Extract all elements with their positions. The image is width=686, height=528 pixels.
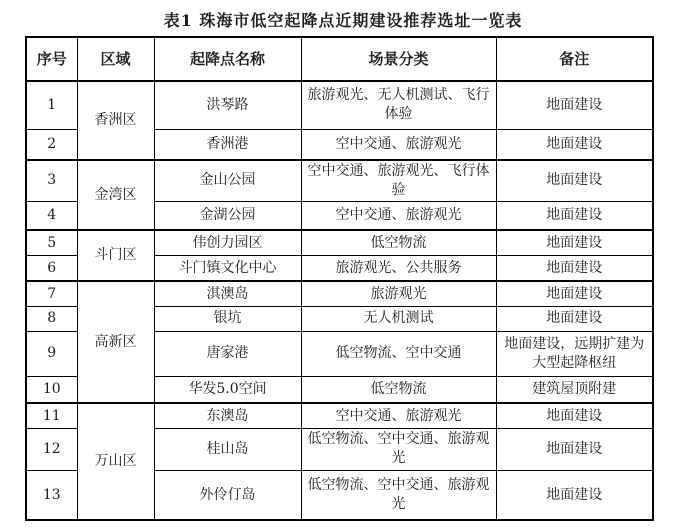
- cell-region: 香洲区: [77, 81, 154, 160]
- cell-name: 华发5.0空间: [154, 376, 301, 403]
- cell-name: 东澳岛: [154, 403, 301, 428]
- cell-name: 金湖公园: [154, 201, 301, 230]
- cell-scene: 空中交通、旅游观光: [301, 403, 496, 428]
- cell-no: 3: [26, 160, 77, 201]
- header-row: 序号 区域 起降点名称 场景分类 备注: [26, 37, 653, 81]
- cell-no: 5: [26, 230, 77, 255]
- cell-no: 7: [26, 281, 77, 306]
- cell-name: 香洲港: [154, 129, 301, 160]
- cell-note: 建筑屋顶附建: [496, 376, 653, 403]
- cell-note: 地面建设: [496, 306, 653, 331]
- table-row: 3 金湾区 金山公园 空中交通、旅游观光、飞行体验 地面建设: [26, 160, 653, 201]
- cell-name: 淇澳岛: [154, 281, 301, 306]
- header-note: 备注: [496, 37, 653, 81]
- cell-scene: 空中交通、旅游观光、飞行体验: [301, 160, 496, 201]
- cell-no: 12: [26, 428, 77, 470]
- header-scene: 场景分类: [301, 37, 496, 81]
- cell-name: 银坑: [154, 306, 301, 331]
- table-row: 1 香洲区 洪琴路 旅游观光、无人机测试、飞行体验 地面建设: [26, 81, 653, 129]
- cell-scene: 旅游观光、公共服务: [301, 255, 496, 281]
- cell-name: 外伶仃岛: [154, 470, 301, 520]
- cell-note: 地面建设: [496, 470, 653, 520]
- cell-note: 地面建设: [496, 428, 653, 470]
- cell-no: 6: [26, 255, 77, 281]
- cell-scene: 低空物流: [301, 230, 496, 255]
- cell-scene: 低空物流、空中交通、旅游观光: [301, 470, 496, 520]
- cell-region: 高新区: [77, 281, 154, 403]
- cell-note: 地面建设: [496, 81, 653, 129]
- cell-scene: 空中交通、旅游观光: [301, 129, 496, 160]
- cell-scene: 无人机测试: [301, 306, 496, 331]
- document-page: 表1 珠海市低空起降点近期建设推荐选址一览表 序号 区域 起降点名称 场景分类 …: [0, 0, 686, 528]
- cell-scene: 空中交通、旅游观光: [301, 201, 496, 230]
- cell-region: 金湾区: [77, 160, 154, 230]
- cell-note: 地面建设: [496, 129, 653, 160]
- table-row: 11 万山区 东澳岛 空中交通、旅游观光 地面建设: [26, 403, 653, 428]
- cell-note: 地面建设: [496, 201, 653, 230]
- header-no: 序号: [26, 37, 77, 81]
- table-body: 1 香洲区 洪琴路 旅游观光、无人机测试、飞行体验 地面建设 2 香洲港 空中交…: [26, 81, 653, 520]
- cell-note: 地面建设: [496, 230, 653, 255]
- cell-no: 13: [26, 470, 77, 520]
- cell-name: 斗门镇文化中心: [154, 255, 301, 281]
- cell-region: 万山区: [77, 403, 154, 520]
- cell-no: 8: [26, 306, 77, 331]
- cell-no: 11: [26, 403, 77, 428]
- cell-scene: 低空物流、空中交通: [301, 331, 496, 376]
- cell-region: 斗门区: [77, 230, 154, 281]
- cell-name: 伟创力园区: [154, 230, 301, 255]
- table-title: 表1 珠海市低空起降点近期建设推荐选址一览表: [0, 8, 686, 31]
- cell-name: 金山公园: [154, 160, 301, 201]
- cell-no: 9: [26, 331, 77, 376]
- cell-scene: 旅游观光: [301, 281, 496, 306]
- cell-scene: 低空物流、空中交通、旅游观光: [301, 428, 496, 470]
- table-row: 5 斗门区 伟创力园区 低空物流 地面建设: [26, 230, 653, 255]
- cell-name: 桂山岛: [154, 428, 301, 470]
- header-name: 起降点名称: [154, 37, 301, 81]
- site-selection-table: 序号 区域 起降点名称 场景分类 备注 1 香洲区 洪琴路 旅游观光、无人机测试…: [25, 36, 654, 521]
- cell-scene: 旅游观光、无人机测试、飞行体验: [301, 81, 496, 129]
- cell-note: 地面建设: [496, 403, 653, 428]
- cell-name: 唐家港: [154, 331, 301, 376]
- cell-scene: 低空物流: [301, 376, 496, 403]
- cell-name: 洪琴路: [154, 81, 301, 129]
- cell-no: 10: [26, 376, 77, 403]
- cell-note: 地面建设: [496, 281, 653, 306]
- table-row: 7 高新区 淇澳岛 旅游观光 地面建设: [26, 281, 653, 306]
- cell-no: 2: [26, 129, 77, 160]
- cell-note: 地面建设: [496, 255, 653, 281]
- cell-no: 4: [26, 201, 77, 230]
- cell-note: 地面建设，远期扩建为大型起降枢纽: [496, 331, 653, 376]
- cell-no: 1: [26, 81, 77, 129]
- cell-note: 地面建设: [496, 160, 653, 201]
- table-header: 序号 区域 起降点名称 场景分类 备注: [26, 37, 653, 81]
- header-region: 区域: [77, 37, 154, 81]
